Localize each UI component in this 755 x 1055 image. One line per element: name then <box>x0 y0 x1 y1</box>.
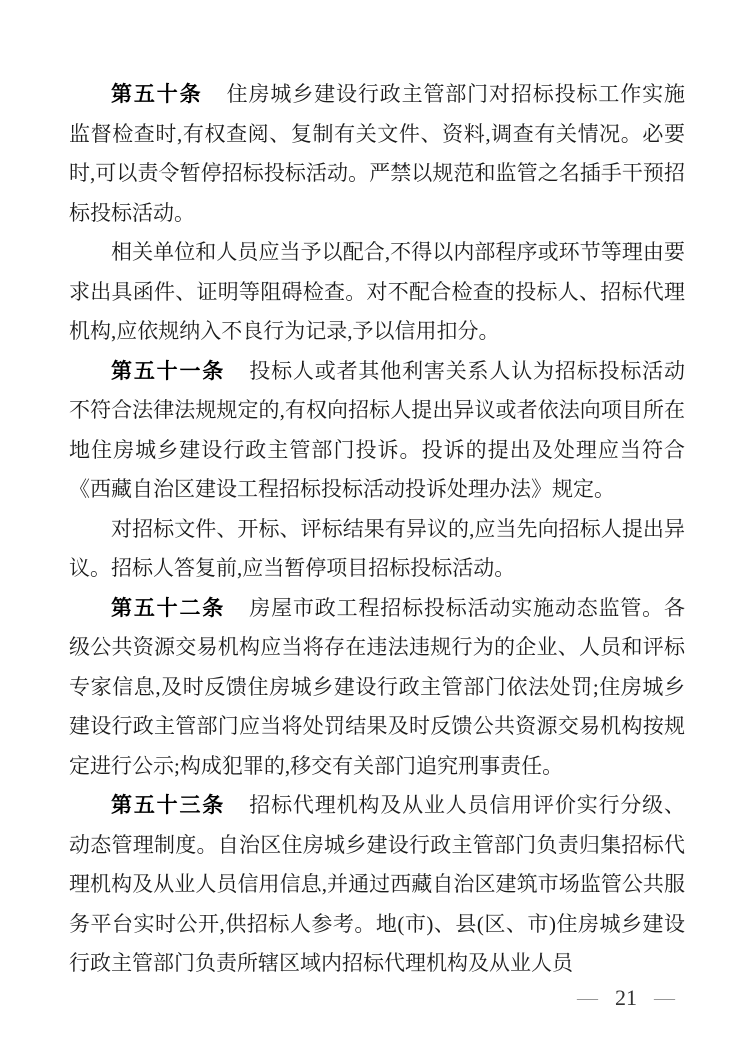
page-number: 21 <box>615 984 637 1012</box>
footer-dash-left: — <box>577 987 598 1009</box>
paragraph: 相关单位和人员应当予以配合,不得以内部程序或环节等理由要求出具函件、证明等阻碍检… <box>69 233 685 352</box>
paragraph: 第五十三条招标代理机构及从业人员信用评价实行分级、动态管理制度。自治区住房城乡建… <box>69 786 685 984</box>
article-number: 第五十一条 <box>111 360 225 383</box>
paragraph-text: 对招标文件、开标、评标结果有异议的,应当先向招标人提出异议。招标人答复前,应当暂… <box>69 517 685 581</box>
paragraph-text: 相关单位和人员应当予以配合,不得以内部程序或环节等理由要求出具函件、证明等阻碍检… <box>69 240 685 343</box>
paragraph-text: 房屋市政工程招标投标活动实施动态监管。各级公共资源交易机构应当将存在违法违规行为… <box>69 596 685 778</box>
paragraph: 第五十条住房城乡建设行政主管部门对招标投标工作实施监督检查时,有权查阅、复制有关… <box>69 75 685 233</box>
page-footer: — 21 — <box>577 984 675 1012</box>
document-body: 第五十条住房城乡建设行政主管部门对招标投标工作实施监督检查时,有权查阅、复制有关… <box>69 75 685 984</box>
paragraph: 对招标文件、开标、评标结果有异议的,应当先向招标人提出异议。招标人答复前,应当暂… <box>69 510 685 589</box>
footer-dash-right: — <box>654 987 675 1009</box>
paragraph: 第五十二条房屋市政工程招标投标活动实施动态监管。各级公共资源交易机构应当将存在违… <box>69 589 685 787</box>
article-number: 第五十三条 <box>111 794 225 817</box>
article-number: 第五十条 <box>111 83 202 106</box>
document-page: 第五十条住房城乡建设行政主管部门对招标投标工作实施监督检查时,有权查阅、复制有关… <box>0 0 755 1055</box>
article-number: 第五十二条 <box>111 597 225 620</box>
paragraph-text: 招标代理机构及从业人员信用评价实行分级、动态管理制度。自治区住房城乡建设行政主管… <box>69 793 685 975</box>
paragraph: 第五十一条投标人或者其他利害关系人认为招标投标活动不符合法律法规规定的,有权向招… <box>69 352 685 510</box>
